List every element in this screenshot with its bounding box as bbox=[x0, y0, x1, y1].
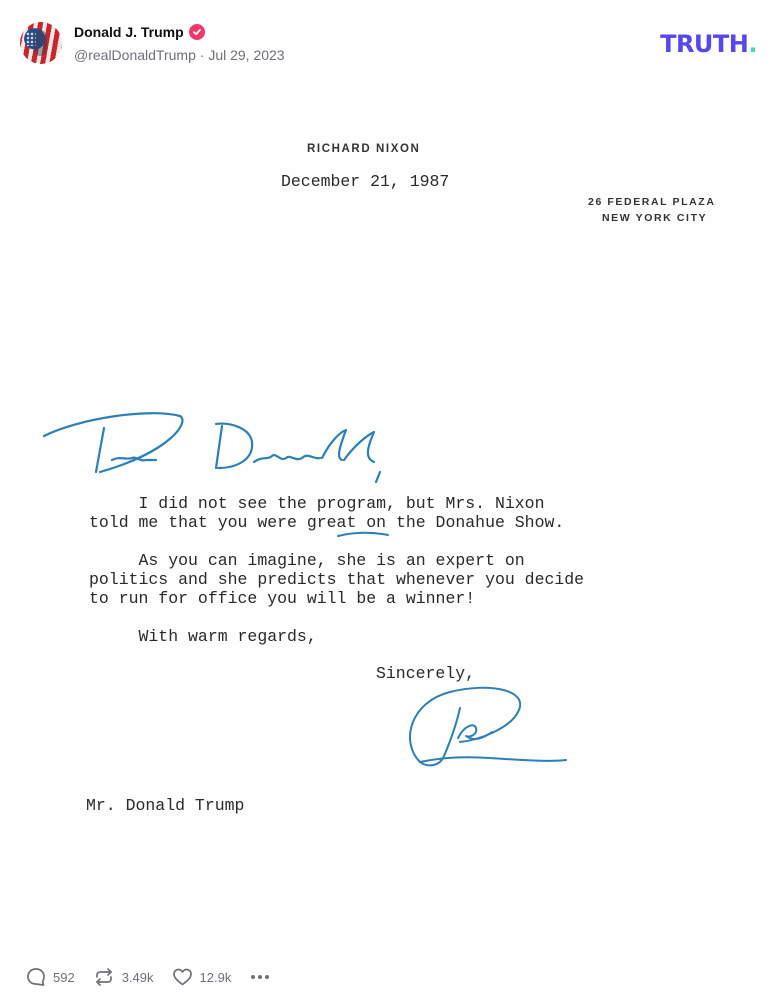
closing-line: With warm regards, bbox=[89, 627, 317, 646]
signoff: Sincerely, bbox=[376, 664, 475, 683]
address-line-2: NEW YORK CITY bbox=[602, 212, 707, 224]
retruth-count: 3.49k bbox=[122, 970, 154, 985]
retruth-button[interactable]: 3.49k bbox=[93, 967, 154, 987]
paragraph-2-line-3: to run for office you will be a winner! bbox=[89, 589, 475, 608]
letterhead-name: RICHARD NIXON bbox=[307, 143, 420, 155]
post-header: Donald J. Trump @realDonaldTrump · Jul 2… bbox=[20, 22, 757, 66]
ellipsis-dot bbox=[265, 975, 269, 979]
reply-button[interactable]: 592 bbox=[26, 967, 75, 987]
reply-count: 592 bbox=[53, 970, 75, 985]
verified-badge-icon bbox=[189, 24, 205, 40]
paragraph-2-line-1: As you can imagine, she is an expert on bbox=[89, 551, 525, 570]
post-meta: @realDonaldTrump · Jul 29, 2023 bbox=[74, 47, 285, 63]
logo-dot: . bbox=[748, 30, 757, 58]
author-row: Donald J. Trump bbox=[74, 24, 205, 40]
author-handle[interactable]: @realDonaldTrump bbox=[74, 47, 196, 63]
post-date[interactable]: Jul 29, 2023 bbox=[208, 47, 284, 63]
like-button[interactable]: 12.9k bbox=[172, 967, 232, 987]
great-underline bbox=[336, 530, 392, 540]
reply-icon bbox=[26, 967, 46, 987]
ellipsis-icon bbox=[251, 975, 255, 979]
retruth-icon bbox=[93, 967, 115, 987]
recipient: Mr. Donald Trump bbox=[86, 796, 244, 815]
handwritten-salutation bbox=[40, 402, 400, 492]
heart-icon bbox=[172, 967, 193, 987]
post-action-bar: 592 3.49k 12.9k bbox=[26, 966, 271, 988]
post-image-letter[interactable]: RICHARD NIXON December 21, 1987 26 FEDER… bbox=[0, 92, 777, 942]
paragraph-2-line-2: politics and she predicts that whenever … bbox=[89, 570, 584, 589]
address-line-1: 26 FEDERAL PLAZA bbox=[588, 196, 716, 208]
handwritten-signature bbox=[400, 682, 575, 777]
paragraph-1-line-2: told me that you were great on the Donah… bbox=[89, 513, 564, 532]
meta-separator: · bbox=[200, 47, 205, 63]
letter-date: December 21, 1987 bbox=[281, 172, 449, 191]
ellipsis-dot bbox=[258, 975, 262, 979]
paragraph-1-line-1: I did not see the program, but Mrs. Nixo… bbox=[89, 494, 544, 513]
like-count: 12.9k bbox=[200, 970, 232, 985]
logo-text: TRUTH bbox=[660, 30, 748, 58]
more-options-button[interactable] bbox=[249, 971, 271, 983]
truth-social-logo[interactable]: TRUTH. bbox=[660, 30, 757, 58]
avatar[interactable] bbox=[20, 22, 62, 64]
author-name[interactable]: Donald J. Trump bbox=[74, 24, 184, 40]
